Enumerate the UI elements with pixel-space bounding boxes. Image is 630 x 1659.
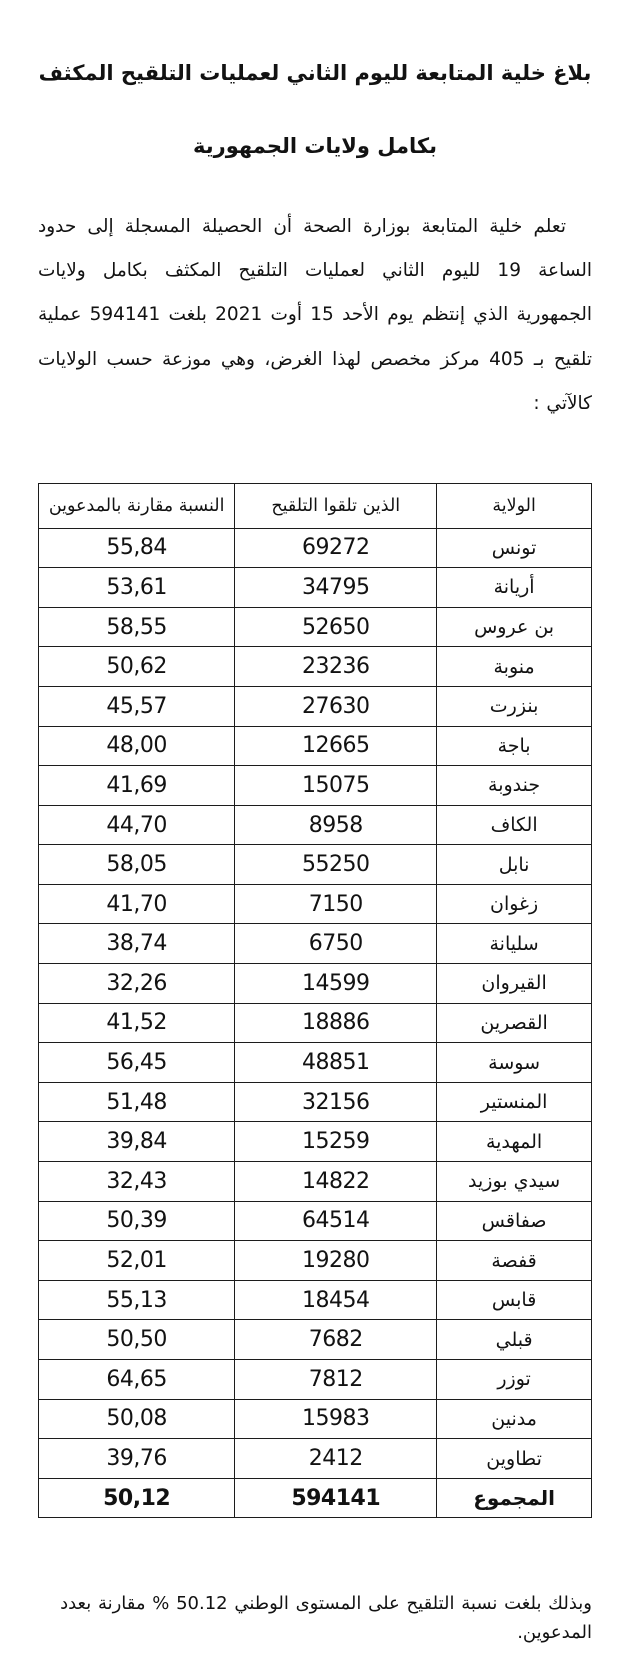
table-row: مدنين1598350,08 — [39, 1399, 592, 1439]
table-row: المنستير3215651,48 — [39, 1082, 592, 1122]
table-row: باجة1266548,00 — [39, 726, 592, 766]
percentage-cell: 50,08 — [39, 1399, 235, 1439]
percentage-cell: 55,84 — [39, 528, 235, 568]
table-body: تونس6927255,84أريانة3479553,61بن عروس526… — [39, 528, 592, 1518]
document-title: بلاغ خلية المتابعة لليوم الثاني لعمليات … — [38, 0, 592, 87]
table-row: المهدية1525939,84 — [39, 1122, 592, 1162]
governorate-cell: قابس — [437, 1280, 592, 1320]
percentage-cell: 64,65 — [39, 1360, 235, 1400]
vaccinated-cell: 6750 — [235, 924, 437, 964]
table-row: صفاقس6451450,39 — [39, 1201, 592, 1241]
vaccinated-cell: 15075 — [235, 766, 437, 806]
table-row: القيروان1459932,26 — [39, 964, 592, 1004]
percentage-cell: 44,70 — [39, 805, 235, 845]
table-row: جندوبة1507541,69 — [39, 766, 592, 806]
governorate-cell: مدنين — [437, 1399, 592, 1439]
governorate-cell: قفصة — [437, 1241, 592, 1281]
governorate-cell: نابل — [437, 845, 592, 885]
percentage-cell: 52,01 — [39, 1241, 235, 1281]
percentage-cell: 51,48 — [39, 1082, 235, 1122]
table-row: قبلي768250,50 — [39, 1320, 592, 1360]
percentage-cell: 56,45 — [39, 1043, 235, 1083]
governorate-cell: المنستير — [437, 1082, 592, 1122]
percentage-cell: 38,74 — [39, 924, 235, 964]
percentage-cell: 45,57 — [39, 686, 235, 726]
vaccinated-cell: 27630 — [235, 686, 437, 726]
table-row: نابل5525058,05 — [39, 845, 592, 885]
table-row: الكاف895844,70 — [39, 805, 592, 845]
governorate-cell: القيروان — [437, 964, 592, 1004]
table-row: تطاوين241239,76 — [39, 1439, 592, 1479]
vaccinated-cell: 12665 — [235, 726, 437, 766]
governorate-cell: جندوبة — [437, 766, 592, 806]
vaccinated-cell: 7812 — [235, 1360, 437, 1400]
percentage-cell: 32,26 — [39, 964, 235, 1004]
governorate-cell: تونس — [437, 528, 592, 568]
table-row: بن عروس5265058,55 — [39, 607, 592, 647]
percentage-cell: 41,52 — [39, 1003, 235, 1043]
table-row: توزر781264,65 — [39, 1360, 592, 1400]
percentage-cell: 39,76 — [39, 1439, 235, 1479]
vaccination-table: الولاية الذين تلقوا التلقيح النسبة مقارن… — [38, 483, 592, 1519]
governorate-cell: سوسة — [437, 1043, 592, 1083]
governorate-cell: زغوان — [437, 884, 592, 924]
governorate-cell: القصرين — [437, 1003, 592, 1043]
total-percentage-cell: 50,12 — [39, 1478, 235, 1518]
vaccinated-cell: 15259 — [235, 1122, 437, 1162]
header-vaccinated: الذين تلقوا التلقيح — [235, 483, 437, 528]
table-row: زغوان715041,70 — [39, 884, 592, 924]
vaccinated-cell: 34795 — [235, 568, 437, 608]
vaccinated-cell: 18886 — [235, 1003, 437, 1043]
percentage-cell: 32,43 — [39, 1162, 235, 1202]
table-row: قفصة1928052,01 — [39, 1241, 592, 1281]
governorate-cell: بنزرت — [437, 686, 592, 726]
vaccinated-cell: 14599 — [235, 964, 437, 1004]
governorate-cell: سليانة — [437, 924, 592, 964]
table-row: سيدي بوزيد1482232,43 — [39, 1162, 592, 1202]
header-percentage: النسبة مقارنة بالمدعوين — [39, 483, 235, 528]
vaccinated-cell: 69272 — [235, 528, 437, 568]
percentage-cell: 53,61 — [39, 568, 235, 608]
total-label-cell: المجموع — [437, 1478, 592, 1518]
percentage-cell: 58,55 — [39, 607, 235, 647]
governorate-cell: قبلي — [437, 1320, 592, 1360]
intro-paragraph: تعلم خلية المتابعة بوزارة الصحة أن الحصي… — [38, 205, 592, 427]
table-row: منوبة2323650,62 — [39, 647, 592, 687]
vaccinated-cell: 23236 — [235, 647, 437, 687]
vaccinated-cell: 18454 — [235, 1280, 437, 1320]
percentage-cell: 55,13 — [39, 1280, 235, 1320]
vaccinated-cell: 8958 — [235, 805, 437, 845]
footer-note: وبذلك بلغت نسبة التلقيح على المستوى الوط… — [38, 1590, 592, 1648]
document-subtitle: بكامل ولايات الجمهورية — [38, 133, 592, 160]
table-row: قابس1845455,13 — [39, 1280, 592, 1320]
table-row: أريانة3479553,61 — [39, 568, 592, 608]
table-row: سوسة4885156,45 — [39, 1043, 592, 1083]
vaccinated-cell: 7682 — [235, 1320, 437, 1360]
governorate-cell: صفاقس — [437, 1201, 592, 1241]
table-row: سليانة675038,74 — [39, 924, 592, 964]
total-vaccinated-cell: 594141 — [235, 1478, 437, 1518]
communique-page: بلاغ خلية المتابعة لليوم الثاني لعمليات … — [0, 0, 630, 1659]
governorate-cell: توزر — [437, 1360, 592, 1400]
percentage-cell: 48,00 — [39, 726, 235, 766]
vaccinated-cell: 19280 — [235, 1241, 437, 1281]
percentage-cell: 50,62 — [39, 647, 235, 687]
vaccinated-cell: 64514 — [235, 1201, 437, 1241]
vaccinated-cell: 2412 — [235, 1439, 437, 1479]
governorate-cell: باجة — [437, 726, 592, 766]
governorate-cell: منوبة — [437, 647, 592, 687]
governorate-cell: المهدية — [437, 1122, 592, 1162]
governorate-cell: سيدي بوزيد — [437, 1162, 592, 1202]
percentage-cell: 50,39 — [39, 1201, 235, 1241]
total-row: المجموع 594141 50,12 — [39, 1478, 592, 1518]
vaccinated-cell: 14822 — [235, 1162, 437, 1202]
table-row: القصرين1888641,52 — [39, 1003, 592, 1043]
governorate-cell: أريانة — [437, 568, 592, 608]
governorate-cell: الكاف — [437, 805, 592, 845]
percentage-cell: 41,69 — [39, 766, 235, 806]
percentage-cell: 50,50 — [39, 1320, 235, 1360]
vaccinated-cell: 55250 — [235, 845, 437, 885]
table-row: تونس6927255,84 — [39, 528, 592, 568]
header-governorate: الولاية — [437, 483, 592, 528]
percentage-cell: 41,70 — [39, 884, 235, 924]
vaccinated-cell: 52650 — [235, 607, 437, 647]
percentage-cell: 39,84 — [39, 1122, 235, 1162]
governorate-cell: تطاوين — [437, 1439, 592, 1479]
vaccinated-cell: 48851 — [235, 1043, 437, 1083]
governorate-cell: بن عروس — [437, 607, 592, 647]
percentage-cell: 58,05 — [39, 845, 235, 885]
vaccinated-cell: 7150 — [235, 884, 437, 924]
vaccinated-cell: 15983 — [235, 1399, 437, 1439]
table-header-row: الولاية الذين تلقوا التلقيح النسبة مقارن… — [39, 483, 592, 528]
vaccinated-cell: 32156 — [235, 1082, 437, 1122]
table-row: بنزرت2763045,57 — [39, 686, 592, 726]
